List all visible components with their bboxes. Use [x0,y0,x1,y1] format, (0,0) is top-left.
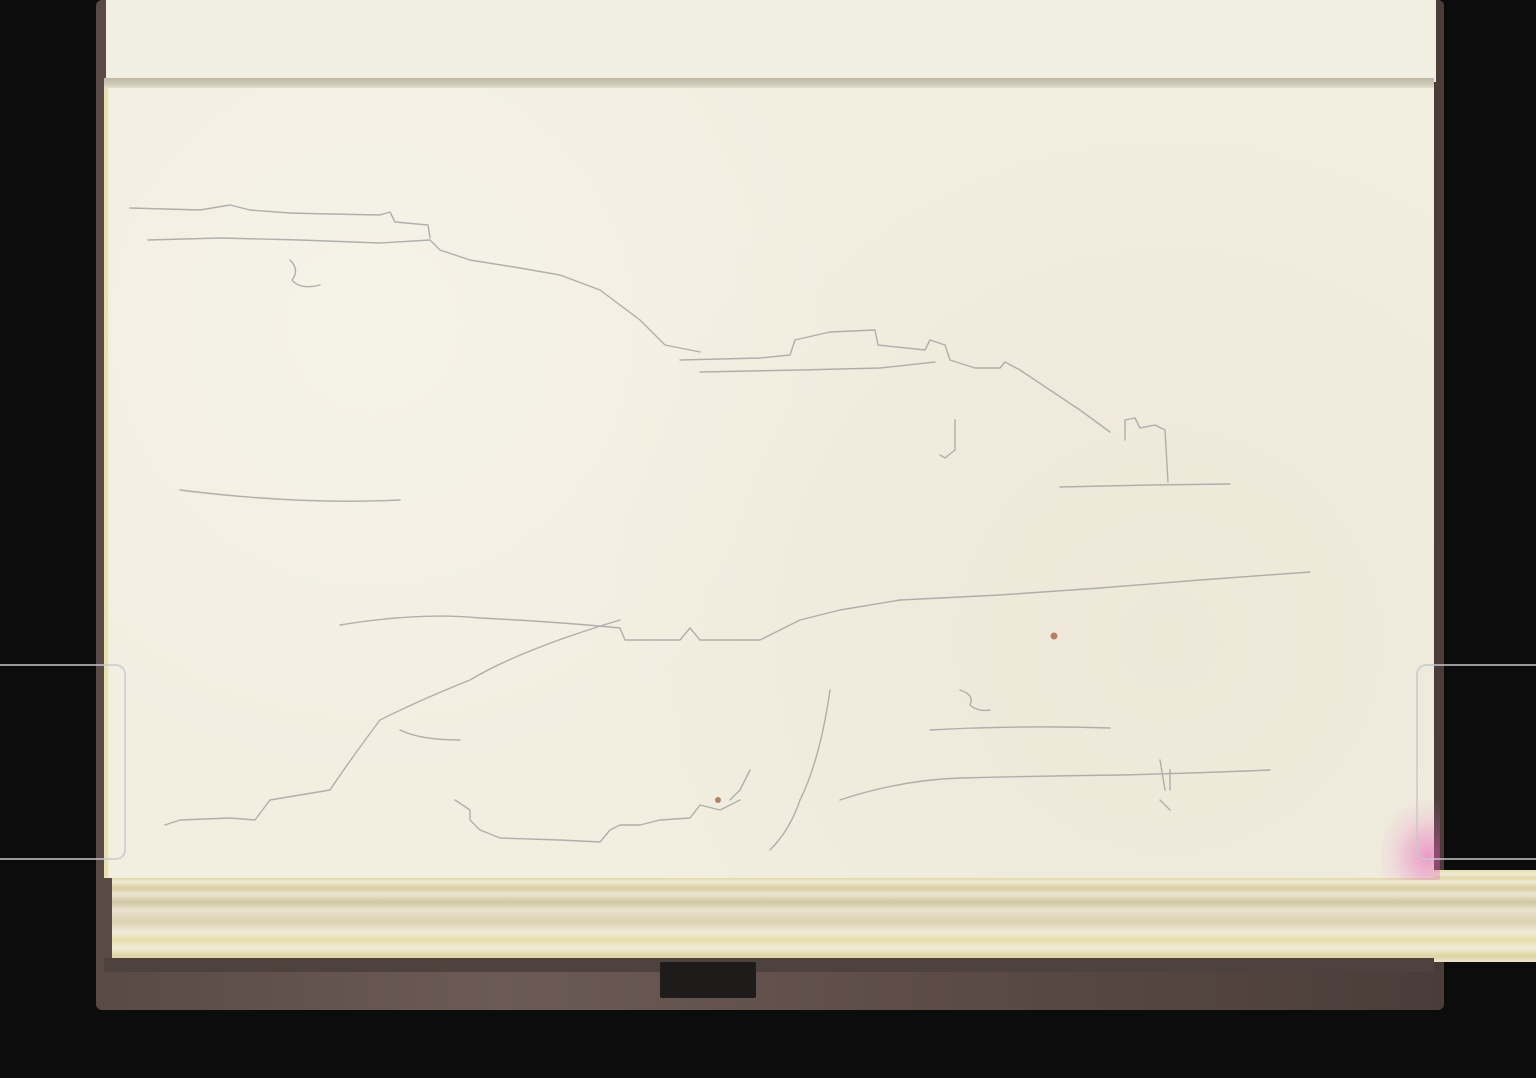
left-page-clip[interactable] [0,664,126,860]
cover-bottom-edge [104,958,1434,972]
cover-strap [660,962,756,998]
right-page-clip[interactable] [1416,664,1536,860]
pencil-sketch [0,0,1536,1078]
